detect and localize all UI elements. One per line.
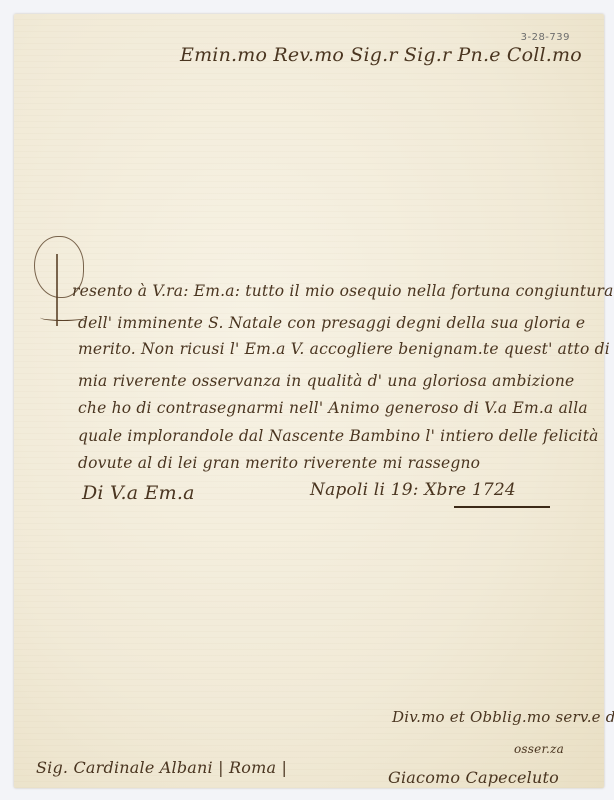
- letter-page: 3-28-739 Emin.mo Rev.mo Sig.r Sig.r Pn.e…: [14, 14, 604, 788]
- archive-number: 3-28-739: [521, 32, 570, 43]
- signature-line-2: osser.za: [514, 742, 564, 756]
- body-line-3: merito. Non ricusi l' Em.a V. accogliere…: [78, 340, 610, 358]
- place-and-date: Napoli li 19: Xbre 1724: [310, 480, 516, 500]
- body-line-2: dell' imminente S. Natale con presaggi d…: [78, 314, 585, 332]
- signature-name: Giacomo Capeceluto: [388, 768, 559, 787]
- body-line-1: resento à V.ra: Em.a: tutto il mio osequ…: [72, 282, 614, 300]
- body-line-6: quale implorandole dal Nascente Bambino …: [78, 427, 599, 445]
- salutation: Emin.mo Rev.mo Sig.r Sig.r Pn.e Coll.mo: [180, 44, 582, 66]
- closing-formula: Di V.a Em.a: [82, 482, 195, 504]
- addressee: Sig. Cardinale Albani | Roma |: [36, 758, 287, 777]
- body-line-7: dovute al di lei gran merito riverente m…: [78, 454, 480, 472]
- date-underline: [454, 506, 550, 508]
- signature-line-1: Div.mo et Obblig.mo serv.e di tutta: [392, 708, 614, 726]
- body-line-4: mia riverente osservanza in qualità d' u…: [78, 372, 574, 390]
- body-line-5: che ho di contrasegnarmi nell' Animo gen…: [78, 399, 588, 417]
